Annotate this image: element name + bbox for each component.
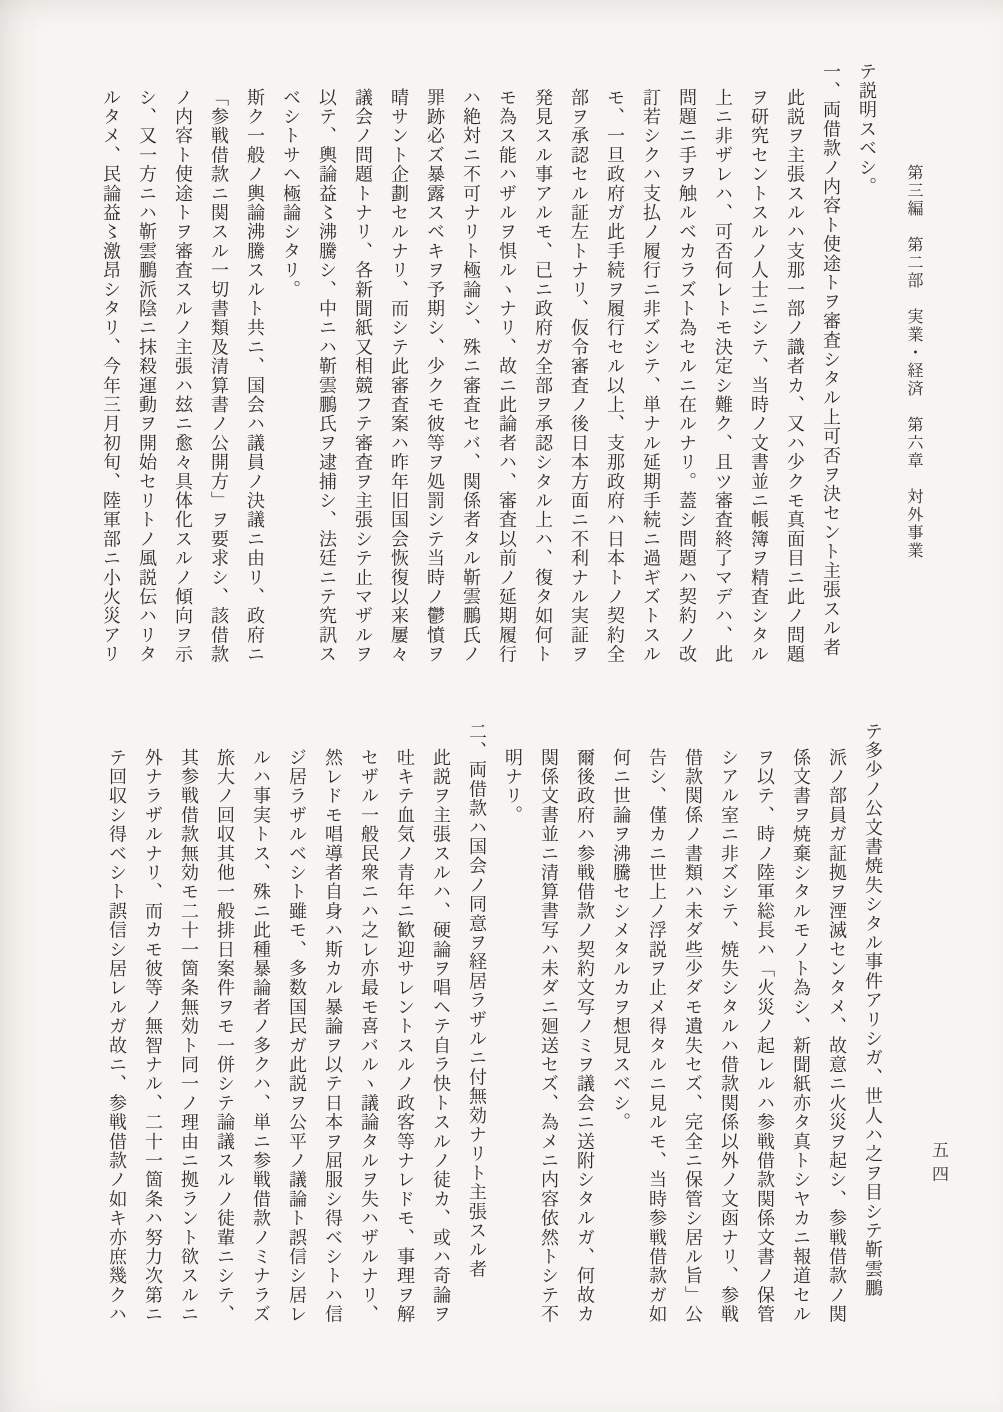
- text-column: 借款関係ノ書類ハ未ダ些少ダモ遺失セズ、完全ニ保管シ居ル旨」公: [675, 722, 711, 1367]
- text-column: 告シ、僅カニ世上ノ浮説ヲ止メ得タルニ見ルモ、当時参戦借款ガ如: [639, 722, 675, 1367]
- upper-text-block: テ説明スベシ。 一、両借款ノ内容ト使途トヲ審査シタル上可否ヲ決セント主張スル者 …: [93, 62, 885, 707]
- text-column: ルハ事実トス、殊ニ此種暴論者ノ多クハ、単ニ参戦借款ノミナラズ: [243, 722, 279, 1367]
- text-column: ヲ研究セントスルノ人士ニシテ、当時ノ文書並ニ帳簿ヲ精査シタル: [741, 62, 777, 707]
- text-column: モ為ス能ハザルヲ惧ルヽナリ、故ニ此論者ハ、審査以前ノ延期履行: [489, 62, 525, 707]
- text-column: シアル室ニ非ズシテ、焼失シタルハ借款関係以外ノ文函ナリ、参戦: [711, 722, 747, 1367]
- text-column: ルタメ、民論益〻激昂シタリ、今年三月初旬、陸軍部ニ小火災アリ: [93, 62, 129, 707]
- text-column: 「参戦借款ニ関スル一切書類及清算書ノ公開方」ヲ要求シ、該借款: [201, 62, 237, 707]
- item-heading-column: 二、両借款ハ国会ノ同意ヲ経居ラザルニ付無効ナリト主張スル者: [459, 722, 495, 1367]
- text-column: 爾後政府ハ参戦借款ノ契約文写ノミヲ議会ニ送附シタルガ、何故カ: [567, 722, 603, 1367]
- text-column: 係文書ヲ焼棄シタルモノト為シ、新聞紙亦タ真トシヤカニ報道セル: [783, 722, 819, 1367]
- lower-text-block: テ多少ノ公文書焼失シタル事件アリシガ、世人ハ之ヲ目シテ靳雲鵬 派ノ部員ガ証拠ヲ湮…: [99, 722, 891, 1367]
- text-column: 罪跡必ズ暴露スベキヲ予期シ、少クモ彼等ヲ処罰シテ当時ノ鬱憤ヲ: [417, 62, 453, 707]
- continuation-column: テ多少ノ公文書焼失シタル事件アリシガ、世人ハ之ヲ目シテ靳雲鵬: [855, 722, 891, 1367]
- item-heading-column: 一、両借款ノ内容ト使途トヲ審査シタル上可否ヲ決セント主張スル者: [813, 62, 849, 707]
- running-head: 第三編 第二部 実業・経済 第六章 対外事業: [902, 164, 925, 560]
- text-column: ハ絶対ニ不可ナリト極論シ、殊ニ審査セバ、関係者タル靳雲鵬氏ノ: [453, 62, 489, 707]
- text-column: 部ヲ承認セル証左トナリ、仮令審査ノ後日本方面ニ不利ナル実証ヲ: [561, 62, 597, 707]
- text-column: 派ノ部員ガ証拠ヲ湮滅センタメ、故意ニ火災ヲ起シ、参戦借款ノ関: [819, 722, 855, 1367]
- text-column: 晴サント企劃セルナリ、而シテ此審査案ハ昨年旧国会恢復以来屢々: [381, 62, 417, 707]
- text-column: 其参戦借款無効モ二十一箇条無効ト同一ノ理由ニ拠ラント欲スルニ: [171, 722, 207, 1367]
- text-column: セザル一般民衆ニハ之レ亦最モ喜バルヽ議論タルヲ失ハザルナリ、: [351, 722, 387, 1367]
- text-column: 訂若シクハ支払ノ履行ニ非ズシテ、単ナル延期手続ニ過ギズトスル: [633, 62, 669, 707]
- text-column: 以テ、輿論益〻沸騰シ、中ニハ靳雲鵬氏ヲ逮捕シ、法廷ニテ究訊ス: [309, 62, 345, 707]
- text-column: モ、一旦政府ガ此手続ヲ履行セル以上、支那政府ハ日本トノ契約全: [597, 62, 633, 707]
- text-column: 明ナリ。: [495, 722, 531, 1367]
- text-column: ヲ以テ、時ノ陸軍総長ハ「火災ノ起レルハ参戦借款関係文書ノ保管: [747, 722, 783, 1367]
- text-column: 発見スル事アルモ、已ニ政府ガ全部ヲ承認シタル上ハ、復タ如何ト: [525, 62, 561, 707]
- text-column: シ、又一方ニハ靳雲鵬派陰ニ抹殺運動ヲ開始セリトノ風説伝ハリタ: [129, 62, 165, 707]
- text-column: 斯ク一般ノ輿論沸騰スルト共ニ、国会ハ議員ノ決議ニ由リ、政府ニ: [237, 62, 273, 707]
- text-column: ベシトサヘ極論シタリ。: [273, 62, 309, 707]
- text-column: 上ニ非ザレハ、可否何レトモ決定シ難ク、且ツ審査終了マデハ、此: [705, 62, 741, 707]
- text-column: 吐キテ血気ノ青年ニ歓迎サレントスルノ政客等ナレドモ、事理ヲ解: [387, 722, 423, 1367]
- text-column: ジ居ラザルベシト雖モ、多数国民ガ此説ヲ公平ノ議論ト誤信シ居レ: [279, 722, 315, 1367]
- text-column: 此説ヲ主張スルハ、硬論ヲ唱ヘテ自ラ快トスルノ徒カ、或ハ奇論ヲ: [423, 722, 459, 1367]
- scanned-book-page: 第三編 第二部 実業・経済 第六章 対外事業 五四 テ説明スベシ。 一、両借款ノ…: [0, 0, 1003, 1412]
- text-column: 議会ノ問題トナリ、各新聞紙又相競フテ審査ヲ主張シテ止マザルヲ: [345, 62, 381, 707]
- text-column: 旅大ノ回収其他一般排日案件ヲモ一併シテ論議スルノ徒輩ニシテ、: [207, 722, 243, 1367]
- text-column: 此説ヲ主張スルハ支那一部ノ識者カ、又ハ少クモ真面目ニ此ノ問題: [777, 62, 813, 707]
- text-column: 然レドモ唱導者自身ハ斯カル暴論ヲ以テ日本ヲ屈服シ得ベシトハ信: [315, 722, 351, 1367]
- continuation-column: テ説明スベシ。: [849, 62, 885, 707]
- text-column: 外ナラザルナリ、而カモ彼等ノ無智ナル、二十一箇条ハ努力次第ニ: [135, 722, 171, 1367]
- page-number: 五四: [926, 1141, 951, 1189]
- text-column: ノ内容ト使途トヲ審査スルノ主張ハ玆ニ愈々具体化スルノ傾向ヲ示: [165, 62, 201, 707]
- text-column: 何ニ世論ヲ沸騰セシメタルカヲ想見スベシ。: [603, 722, 639, 1367]
- text-column: テ回収シ得ベシト誤信シ居レルガ故ニ、参戦借款ノ如キ亦庶幾クハ: [99, 722, 135, 1367]
- text-column: 関係文書並ニ清算書写ハ未ダニ廻送セズ、為メニ内容依然トシテ不: [531, 722, 567, 1367]
- text-column: 問題ニ手ヲ触ルベカラズト為セルニ在ルナリ。蓋シ問題ハ契約ノ改: [669, 62, 705, 707]
